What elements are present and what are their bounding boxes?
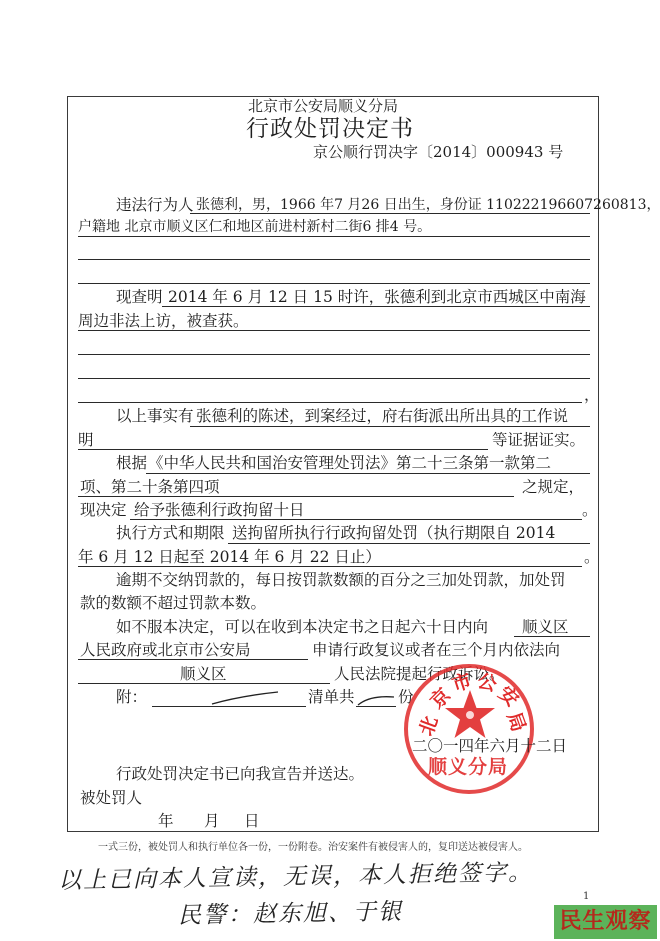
facts-label: 现查明 [116,288,163,306]
underline [78,496,514,497]
execution-line1: 送拘留所执行行政拘留处罚（执行期限自 2014 [232,524,555,542]
decision-value: 给予张德利行政拘留十日 [134,501,305,519]
blank-line [78,378,590,379]
handwritten-note-line2: 民警：赵东旭、于银 [178,893,404,930]
attachment-list-label: 清单共 [308,688,355,706]
evidence-line2: 明 [78,431,94,449]
appeal-line1-prefix: 如不服本决定，可以在收到本决定书之日起六十日内向 [116,618,488,636]
basis-suffix: 之规定， [522,478,584,496]
document-number: 京公顺行罚决字〔2014〕000943 号 [313,141,563,162]
strike-mark-icon [356,693,396,707]
offender-line1: 张德利，男，1966 年7 月26 日出生，身份证 11022219660726… [196,196,660,214]
decision-suffix: 。 [582,501,598,519]
overdue-line1: 逾期不交纳罚款的，每日按罚款数额的百分之三加处罚款，加处罚 [116,571,566,589]
appeal-line3-value: 顺义区 [180,665,227,683]
document-title: 行政处罚决定书 [246,110,414,143]
blank-line [78,259,590,260]
watermark-badge: 民生观察 [554,905,657,939]
date-month: 月 [204,812,220,830]
star-icon [442,688,498,744]
evidence-line1: 张德利的陈述，到案经过，府右街派出所出具的工作说 [196,407,568,425]
underline [228,543,590,544]
evidence-suffix: 等证据证实。 [492,431,585,449]
appeal-line1-value: 顺义区 [522,618,569,636]
underline [78,330,590,331]
underline [152,706,306,707]
underline [514,636,590,637]
signer-label: 被处罚人 [80,789,142,807]
underline [162,306,590,307]
date-year: 年 [158,812,174,830]
offender-line2: 户籍地 北京市顺义区仁和地区前进村新村二街6 排4 号。 [78,218,431,236]
basis-line2: 项、第二十条第四项 [80,478,220,496]
offender-label: 违法行为人 [116,196,194,214]
execution-line2: 年 6 月 12 日起至 2014 年 6 月 22 日止） [78,548,381,566]
facts-trailing-mark: ， [584,386,600,404]
facts-line1: 2014 年 6 月 12 日 15 时许，张德利到北京市西城区中南海 [168,288,586,306]
date-day: 日 [244,812,260,830]
appeal-line2-suffix: 申请行政复议或者在三个月内依法向 [312,641,560,659]
underline [146,473,590,474]
blank-line [78,354,590,355]
blank-line [78,283,590,284]
basis-label: 根据 [116,454,147,472]
underline [78,659,308,660]
execution-suffix: 。 [584,548,600,566]
underline [78,683,330,684]
seal-bottom-text: 顺义分局 [428,752,508,779]
underline [78,566,582,567]
underline [78,236,590,237]
attachment-label: 附： [116,688,147,706]
footnote: 一式三份，被处罚人和执行单位各一份，一份附卷。治安案件有被侵害人的，复印送达被侵… [98,838,528,853]
page-number: 1 [583,891,589,902]
receipt-statement: 行政处罚决定书已向我宣告并送达。 [116,765,364,783]
underline [190,213,590,214]
facts-line2: 周边非法上访，被查获。 [78,312,249,330]
strike-mark-icon [210,690,280,706]
evidence-label: 以上事实有 [116,407,194,425]
handwritten-note-line1: 以上已向本人宣读，无误，本人拒绝签字。 [58,854,534,895]
appeal-line2-value: 人民政府或北京市公安局 [80,641,251,659]
decision-label: 现决定 [80,501,127,519]
underline [130,519,582,520]
underline [190,426,590,427]
execution-label: 执行方式和期限 [116,524,225,542]
underline [78,449,488,450]
basis-line1: 《中华人民共和国治安管理处罚法》第二十三条第一款第二 [148,454,551,472]
overdue-line2: 款的数额不超过罚款本数。 [80,594,266,612]
issue-date: 二〇一四年六月十二日 [412,737,567,755]
blank-line [78,402,582,403]
